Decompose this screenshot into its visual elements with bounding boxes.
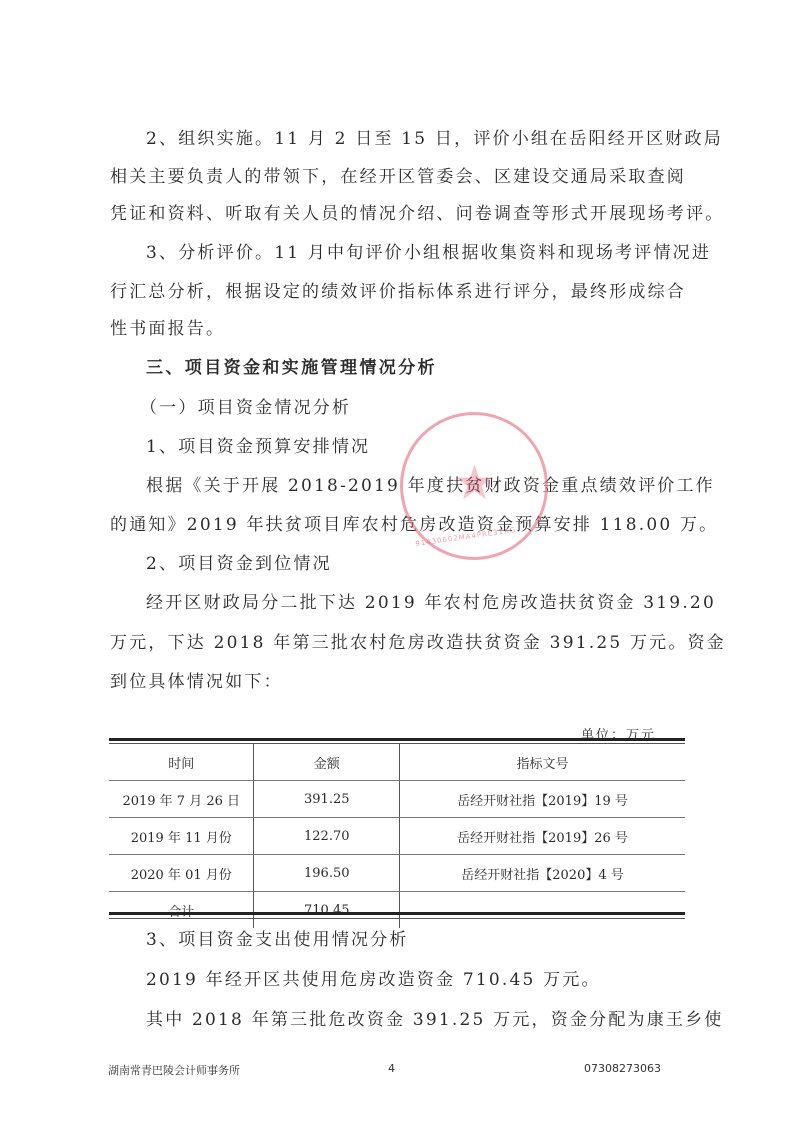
section-heading: 三、项目资金和实施管理情况分析 — [146, 357, 437, 379]
cell-amount: 391.25 — [254, 781, 400, 818]
table-row: 2019 年 11 月份 122.70 岳经开财社指【2019】26 号 — [109, 818, 685, 855]
footer-firm-name: 湖南常青巴陵会计师事务所 — [108, 1062, 240, 1078]
header-amount: 金额 — [254, 744, 400, 781]
table-bottom-rule — [109, 912, 685, 915]
cell-time: 2019 年 11 月份 — [109, 818, 254, 855]
table-total-row: 合计 710.45 — [109, 892, 685, 929]
table-bottom-rule-thin — [109, 918, 685, 919]
paragraph-line: 性书面报告。 — [110, 318, 225, 340]
footer-phone: 07308273063 — [584, 1062, 661, 1075]
cell-doc-number: 岳经开财社指【2020】4 号 — [400, 855, 685, 892]
item-heading: 2、项目资金到位情况 — [146, 553, 332, 575]
cell-empty — [400, 892, 685, 929]
table-header-row: 时间 金额 指标文号 — [109, 744, 685, 781]
paragraph-line: 3、分析评价。11 月中旬评价小组根据收集资料和现场考评情况进 — [146, 242, 711, 264]
paragraph-line: 其中 2018 年第三批危改资金 391.25 万元，资金分配为康王乡使 — [146, 1009, 724, 1031]
funds-table: 时间 金额 指标文号 2019 年 7 月 26 日 391.25 岳经开财社指… — [109, 744, 685, 928]
cell-time: 2020 年 01 月份 — [109, 855, 254, 892]
cell-doc-number: 岳经开财社指【2019】26 号 — [400, 818, 685, 855]
paragraph-line: 凭证和资料、听取有关人员的情况介绍、问卷调查等形式开展现场考评。 — [110, 203, 724, 225]
table-top-rule — [109, 738, 685, 741]
paragraph-line: 万元，下达 2018 年第三批农村危房改造扶贫资金 391.25 万元。资金 — [110, 632, 726, 654]
footer-page-number: 4 — [388, 1062, 395, 1075]
paragraph-line: 行汇总分析，根据设定的绩效评价指标体系进行评分，最终形成综合 — [110, 281, 686, 303]
paragraph-line: 相关主要负责人的带领下，在经开区管委会、区建设交通局采取查阅 — [110, 166, 686, 188]
cell-amount: 196.50 — [254, 855, 400, 892]
cell-time: 2019 年 7 月 26 日 — [109, 781, 254, 818]
cell-doc-number: 岳经开财社指【2019】19 号 — [400, 781, 685, 818]
cell-total-amount: 710.45 — [254, 892, 400, 929]
header-doc-number: 指标文号 — [400, 744, 685, 781]
table-row: 2020 年 01 月份 196.50 岳经开财社指【2020】4 号 — [109, 855, 685, 892]
cell-amount: 122.70 — [254, 818, 400, 855]
paragraph-line: 2019 年经开区共使用危房改造资金 710.45 万元。 — [146, 969, 601, 991]
item-heading: 3、项目资金支出使用情况分析 — [146, 929, 409, 951]
item-heading: 1、项目资金预算安排情况 — [146, 436, 370, 458]
cell-total-label: 合计 — [109, 892, 254, 929]
paragraph-line: 的通知》2019 年扶贫项目库农村危房改造资金预算安排 118.00 万。 — [110, 514, 718, 536]
paragraph-line: 根据《关于开展 2018-2019 年度扶贫财政资金重点绩效评价工作 — [146, 475, 715, 497]
subsection-heading: （一）项目资金情况分析 — [140, 397, 351, 419]
table-row: 2019 年 7 月 26 日 391.25 岳经开财社指【2019】19 号 — [109, 781, 685, 818]
paragraph-line: 经开区财政局分二批下达 2019 年农村危房改造扶贫资金 319.20 — [146, 592, 716, 614]
header-time: 时间 — [109, 744, 254, 781]
paragraph-line: 到位具体情况如下： — [110, 671, 283, 693]
paragraph-line: 2、组织实施。11 月 2 日至 15 日，评价小组在岳阳经开区财政局 — [146, 128, 723, 150]
